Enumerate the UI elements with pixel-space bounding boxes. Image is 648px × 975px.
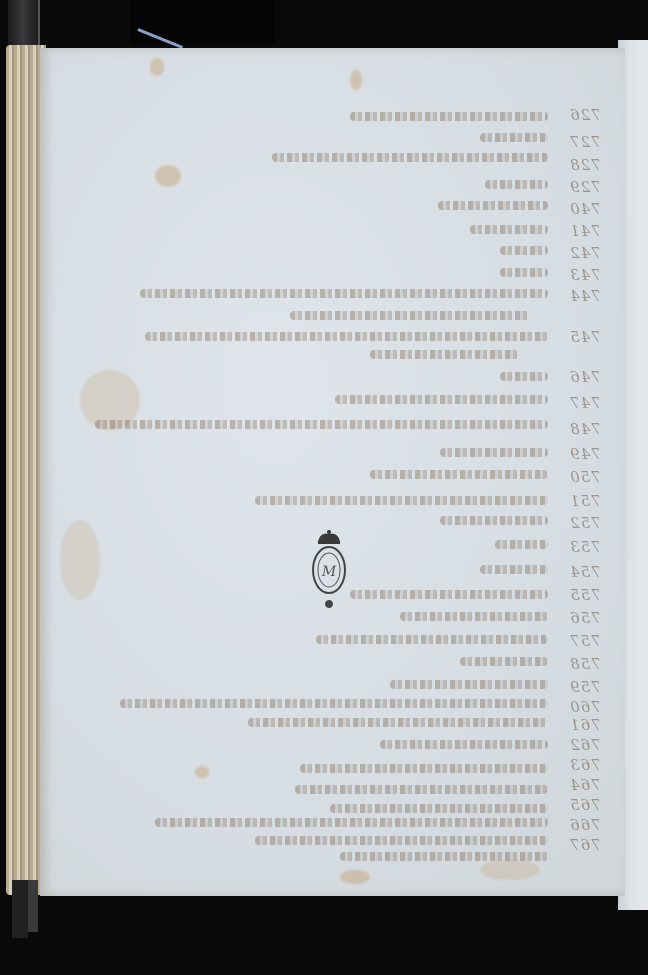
entry-number: 746 bbox=[563, 368, 607, 386]
handwriting-line bbox=[248, 718, 548, 727]
handwriting-line bbox=[370, 470, 548, 479]
foxing-stain bbox=[195, 766, 209, 778]
handwriting-line bbox=[380, 740, 548, 749]
entry-number: 728 bbox=[563, 156, 607, 174]
handwriting-line bbox=[145, 332, 548, 341]
library-stamp-icon: M bbox=[308, 528, 350, 612]
bottom-clamp bbox=[0, 880, 48, 940]
entry-number: 744 bbox=[563, 287, 607, 305]
clamp-wire bbox=[137, 28, 183, 49]
top-clamp bbox=[130, 0, 275, 45]
entry-number: 726 bbox=[563, 106, 607, 124]
entry-number: 750 bbox=[563, 468, 607, 486]
handwriting-line bbox=[470, 225, 548, 234]
handwriting-line bbox=[140, 289, 548, 298]
handwriting-line bbox=[300, 764, 548, 773]
entry-number: 760 bbox=[563, 698, 607, 716]
handwriting-line bbox=[350, 590, 548, 599]
handwriting-line bbox=[400, 612, 548, 621]
entry-number: 753 bbox=[563, 538, 607, 556]
foxing-stain bbox=[340, 870, 370, 884]
clamp-bar bbox=[28, 880, 38, 932]
entry-number: 745 bbox=[563, 328, 607, 346]
handwriting-line bbox=[438, 201, 548, 210]
handwriting-line bbox=[350, 112, 548, 121]
handwriting-line bbox=[480, 565, 548, 574]
entry-number: 747 bbox=[563, 394, 607, 412]
handwriting-line bbox=[390, 680, 548, 689]
entry-number: 751 bbox=[563, 492, 607, 510]
entry-number: 762 bbox=[563, 736, 607, 754]
foxing-stain bbox=[480, 860, 540, 880]
svg-text:M: M bbox=[321, 564, 337, 580]
entry-number: 761 bbox=[563, 716, 607, 734]
entry-number: 765 bbox=[563, 796, 607, 814]
entry-number: 743 bbox=[563, 266, 607, 284]
entry-number: 755 bbox=[563, 586, 607, 604]
entry-number: 758 bbox=[563, 655, 607, 673]
entry-number: 752 bbox=[563, 514, 607, 532]
foxing-stain bbox=[155, 165, 181, 187]
handwriting-line bbox=[155, 818, 548, 827]
handwriting-line bbox=[370, 350, 520, 359]
entry-number: 759 bbox=[563, 678, 607, 696]
entry-number: 729 bbox=[563, 178, 607, 196]
entry-number: 754 bbox=[563, 563, 607, 581]
entry-number: 767 bbox=[563, 836, 607, 854]
handwriting-line bbox=[500, 246, 548, 255]
handwriting-line bbox=[500, 372, 548, 381]
handwriting-line bbox=[295, 785, 548, 794]
handwriting-line bbox=[255, 496, 548, 505]
foxing-stain bbox=[150, 58, 164, 76]
handwriting-line bbox=[335, 395, 548, 404]
handwriting-line bbox=[95, 420, 548, 429]
foxing-stain bbox=[60, 520, 100, 600]
entry-number: 741 bbox=[563, 222, 607, 240]
handwriting-line bbox=[255, 836, 548, 845]
handwriting-line bbox=[440, 448, 548, 457]
handwriting-line bbox=[120, 699, 548, 708]
handwriting-line bbox=[340, 852, 548, 861]
handwriting-line bbox=[290, 311, 530, 320]
handwriting-line bbox=[316, 635, 548, 644]
entry-number: 756 bbox=[563, 609, 607, 627]
entry-number: 749 bbox=[563, 445, 607, 463]
clamp-bar bbox=[12, 880, 28, 938]
entry-number: 748 bbox=[563, 420, 607, 438]
entry-number: 766 bbox=[563, 816, 607, 834]
foxing-stain bbox=[350, 70, 362, 90]
handwriting-line bbox=[272, 153, 548, 162]
handwriting-line bbox=[500, 268, 548, 277]
entry-number: 764 bbox=[563, 776, 607, 794]
handwriting-line bbox=[460, 657, 548, 666]
handwriting-line bbox=[440, 516, 548, 525]
handwriting-line bbox=[485, 180, 548, 189]
entry-number: 763 bbox=[563, 756, 607, 774]
entry-number: 742 bbox=[563, 244, 607, 262]
handwriting-line bbox=[330, 804, 548, 813]
entry-number: 727 bbox=[563, 133, 607, 151]
entry-number: 740 bbox=[563, 200, 607, 218]
handwriting-line bbox=[495, 540, 548, 549]
handwriting-line bbox=[480, 133, 548, 142]
entry-number: 757 bbox=[563, 632, 607, 650]
